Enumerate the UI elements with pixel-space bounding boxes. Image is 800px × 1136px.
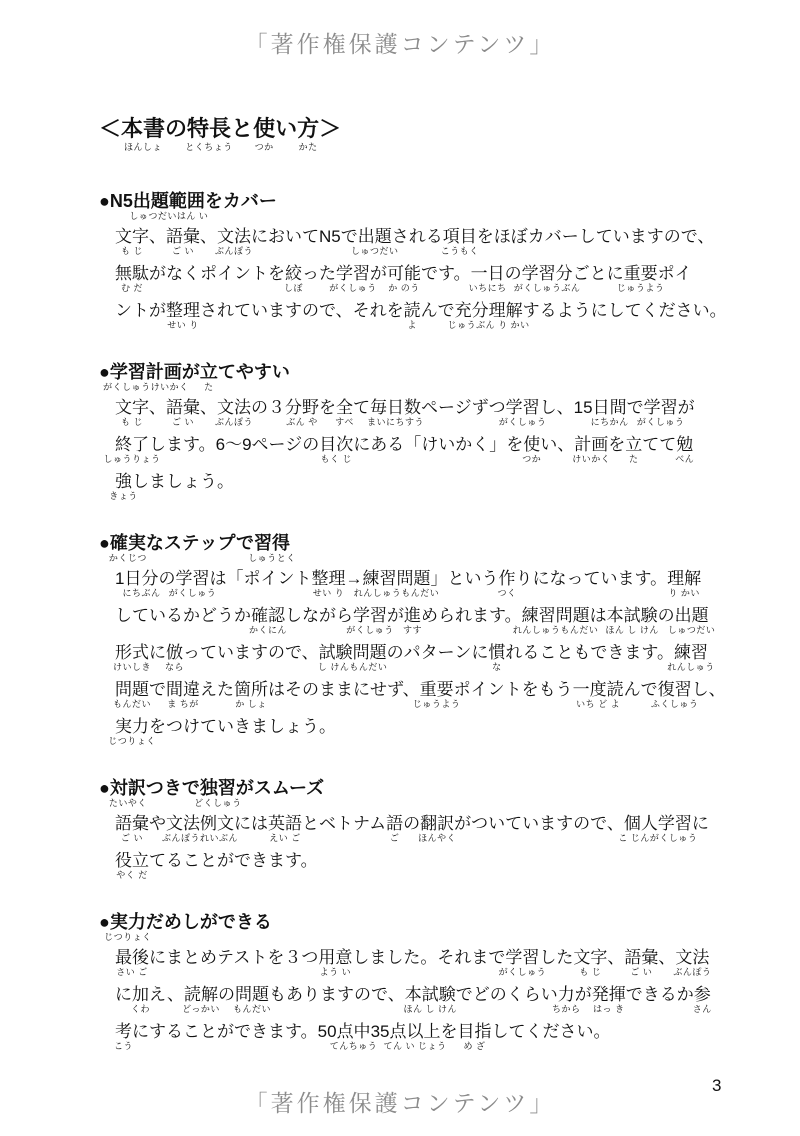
base-text: 試験問題 [319, 643, 387, 662]
base-text: 全 [336, 398, 353, 417]
furigana: きょう [109, 492, 138, 501]
section: ●N5出題範囲しゅつだいはん いをカバー文字も じ、語彙ご い、文法ぶんぽうにお… [99, 190, 750, 331]
furigana: れんしゅうもんだい [354, 589, 440, 598]
text-with-furigana: 間違ま ちが [166, 678, 200, 701]
furigana: しゅつだい [351, 247, 399, 256]
furigana: かた [299, 143, 318, 152]
text-run: できるか [626, 983, 694, 1006]
text-run: の [158, 567, 175, 590]
base-text: 出題範囲 [133, 191, 205, 211]
text-run: だめしができる [146, 911, 272, 933]
furigana: な [492, 663, 502, 672]
text-run: っていますので、 [183, 641, 319, 664]
base-text: しながら [285, 606, 353, 625]
base-text: 文法 [217, 398, 251, 417]
furigana: くわ [131, 1005, 150, 1014]
text-with-furigana: 独習どくしゅう [200, 777, 236, 799]
base-text: の [658, 606, 675, 625]
furigana: がくしゅうぶん [514, 284, 581, 293]
furigana: がくしゅう [329, 284, 377, 293]
body-line: 実力じつりょくをつけていきましょう。 [115, 715, 750, 747]
text-run: が [370, 262, 387, 285]
furigana: もんだい [233, 1005, 271, 1014]
base-text: 加 [132, 985, 149, 1004]
base-text: ●N5 [99, 191, 133, 211]
base-text: 、 [200, 227, 217, 246]
text-run: ● [99, 777, 110, 799]
sections: ●N5出題範囲しゅつだいはん いをカバー文字も じ、語彙ご い、文法ぶんぽうにお… [99, 190, 750, 1082]
text-run: にまとめテストを３つ [149, 946, 318, 969]
text-run: がなくポイントを [149, 262, 285, 285]
base-text: においてN5で [251, 227, 358, 246]
text-with-furigana: 目指め ざ [457, 1020, 491, 1043]
furigana: がくしゅう [169, 589, 217, 598]
text-with-furigana: 慣な [488, 641, 505, 664]
base-text: 文法 [675, 948, 709, 967]
text-run: に [692, 812, 709, 835]
text-with-furigana: 可能か のう [387, 262, 421, 285]
furigana: えい ご [269, 834, 301, 843]
furigana: か のう [388, 284, 420, 293]
section-heading: ●N5出題範囲しゅつだいはん いをカバー [99, 190, 750, 222]
furigana: けいしき [113, 663, 151, 672]
text-with-furigana: 目次もく じ [319, 433, 353, 456]
base-text: 慣 [488, 643, 505, 662]
text-run: 、 [149, 225, 166, 248]
base-text: 力 [558, 985, 575, 1004]
body-line: ントが整理せい りされていますので、それを読よんで充分理解じゅうぶん り かいす… [115, 299, 750, 331]
text-run: しているかどうか [115, 604, 251, 627]
furigana: り かい [668, 589, 700, 598]
base-text: 実力 [115, 717, 149, 736]
furigana: なら [165, 663, 184, 672]
text-with-furigana: 問題もんだい [235, 983, 269, 1006]
text-run: てやすい [218, 361, 290, 383]
text-run: が [182, 361, 200, 383]
page-number: 3 [712, 1076, 721, 1096]
base-text: し、15 [540, 398, 593, 417]
text-run: にある「けいかく」を [353, 433, 523, 456]
text-with-furigana: 本書ほんしょ [121, 116, 165, 142]
base-text: 考 [115, 1022, 132, 1041]
furigana: すす [403, 626, 422, 635]
furigana: じゅうよう [413, 700, 461, 709]
base-text: 勉 [676, 435, 693, 454]
base-text: れることもできます。 [505, 643, 674, 662]
text-with-furigana: 計画けいかく [574, 433, 608, 456]
base-text: 学習計画 [110, 362, 182, 382]
text-with-furigana: 練習問題れんしゅうもんだい [522, 604, 590, 627]
base-text: 学習 [336, 264, 370, 283]
base-text: 文字 [115, 398, 149, 417]
text-run: て [353, 396, 370, 419]
text-with-furigana: 整理せい り [311, 567, 345, 590]
furigana: しぼ [284, 284, 303, 293]
text-run: にすることができます。50 [132, 1020, 337, 1043]
base-text: とベトナム [302, 814, 386, 833]
base-text: をほぼカバーしていますので、 [477, 227, 715, 246]
text-with-furigana: 出題範囲しゅつだいはん い [133, 190, 205, 212]
text-run: ● [99, 911, 110, 933]
base-text: ● [99, 362, 110, 382]
text-with-furigana: 翻訳ほんやく [420, 812, 454, 835]
base-text: 1 [115, 569, 124, 588]
furigana: た [204, 383, 214, 392]
base-text: んで [624, 680, 658, 699]
section: ●確実かくじつなステップで習得しゅうとく1日分にちぶんの学習がくしゅうは「ポイン… [99, 532, 750, 747]
text-with-furigana: 強きょう [115, 470, 132, 493]
base-text: った [302, 264, 336, 283]
furigana: ほん し けん [605, 626, 659, 635]
base-text: は「ポイント [209, 569, 311, 588]
body-line: 役立やく だてることができます。 [115, 849, 750, 881]
text-with-furigana: 文法ぶんぽう [217, 396, 251, 419]
base-text: 倣 [166, 643, 183, 662]
text-run: しながら [285, 604, 353, 627]
text-with-furigana: 試験問題し けんもんだい [319, 641, 387, 664]
base-text: 終了 [115, 435, 149, 454]
base-text: が [370, 264, 387, 283]
furigana: も じ [121, 247, 143, 256]
furigana: しゅつだいはん い [129, 212, 208, 221]
base-text: ごとに [573, 264, 624, 283]
furigana: いち ど よ [576, 700, 620, 709]
furigana: よ [407, 321, 417, 330]
furigana: かくじつ [109, 554, 147, 563]
base-text: 、 [658, 948, 675, 967]
base-text: 絞 [285, 264, 302, 283]
text-with-furigana: 使つか [523, 433, 540, 456]
section-heading: ●学習計画がくしゅうけいかくが立たてやすい [99, 361, 750, 393]
base-text: で [149, 680, 166, 699]
base-text: 学習 [175, 569, 209, 588]
base-text: 分野 [285, 398, 319, 417]
text-with-furigana: 語彙ご い [624, 946, 658, 969]
base-text: 個人学習 [624, 814, 692, 833]
base-text: が [575, 985, 592, 1004]
body-line: 終了しゅうりょうします。6〜9ページの目次もく じにある「けいかく」を使つかい、… [115, 433, 750, 465]
text-run: するようにしてください。 [523, 299, 727, 322]
text-with-furigana: 練習れんしゅう [674, 641, 708, 664]
furigana: かくにん [249, 626, 287, 635]
text-run: もありますので、 [269, 983, 405, 1006]
furigana: ぶん や [286, 418, 318, 427]
text-run: ＜ [99, 116, 121, 142]
base-text: しましょう。 [132, 472, 234, 491]
furigana: た [629, 455, 639, 464]
text-run: されていますので、それを [200, 299, 404, 322]
base-text: 確認 [251, 606, 285, 625]
base-text: がついていますので、 [454, 814, 624, 833]
body-line: 強きょうしましょう。 [115, 470, 750, 502]
base-text: 復習 [658, 680, 692, 699]
text-run: を [608, 433, 625, 456]
text-run: の [658, 604, 675, 627]
base-text: した [539, 948, 573, 967]
furigana: ほん し けん [403, 1005, 457, 1014]
base-text: 確実 [110, 533, 146, 553]
section: ●実力じつりょくだめしができる最後さい ごにまとめテストを３つ用意よう いしまし… [99, 911, 750, 1052]
text-run: れることもできます。 [505, 641, 674, 664]
body-line: 1日分にちぶんの学習がくしゅうは「ポイント整理せい り→練習問題れんしゅうもんだ… [115, 567, 750, 599]
furigana: にちかん [591, 418, 629, 427]
base-text: 強 [115, 472, 132, 491]
text-with-furigana: 発揮はっ き [592, 983, 626, 1006]
text-run: い、 [540, 433, 574, 456]
base-text: と [231, 116, 253, 141]
base-text: 一日 [471, 264, 505, 283]
base-text: 」という [430, 569, 498, 588]
base-text: え、 [149, 985, 184, 1004]
base-text: っていますので、 [183, 643, 319, 662]
text-run: が [575, 983, 592, 1006]
furigana: しゅうりょう [103, 455, 160, 464]
text-with-furigana: 学習計画がくしゅうけいかく [110, 361, 182, 383]
furigana: とくちょう [185, 143, 233, 152]
base-text: 語彙 [115, 814, 149, 833]
text-with-furigana: 作つく [498, 567, 515, 590]
text-run: 、 [149, 396, 166, 419]
text-run: はそのままにせず、 [268, 678, 420, 701]
base-text: 、 [149, 227, 166, 246]
furigana: がくしゅうけいかく [103, 383, 189, 392]
text-run: てて [642, 433, 676, 456]
furigana: どっかい [182, 1005, 220, 1014]
base-text: 使 [523, 435, 540, 454]
base-text: 学習 [353, 606, 387, 625]
base-text: 語 [386, 814, 403, 833]
base-text: 項目 [443, 227, 477, 246]
text-run: とベトナム [302, 812, 386, 835]
base-text: 目指 [457, 1022, 491, 1041]
body-line: に加くわえ、読解どっかいの問題もんだいもありますので、本試験ほん し けんでどの… [115, 983, 750, 1015]
base-text: 練習 [674, 643, 708, 662]
text-with-furigana: 参さん [694, 983, 711, 1006]
base-text: される [392, 227, 443, 246]
base-text: 英語 [268, 814, 302, 833]
text-run: してください。 [491, 1020, 610, 1043]
text-with-furigana: 立た [200, 361, 218, 383]
text-with-furigana: 整理せい り [166, 299, 200, 322]
body-line: 語彙ご いや文法例文ぶんぽうれいぶんには英語えい ごとベトナム語ごの翻訳ほんやく… [115, 812, 750, 844]
text-with-furigana: 最後さい ご [115, 946, 149, 969]
text-run: でどのくらい [456, 983, 558, 1006]
text-with-furigana: 学習がくしゅう [644, 396, 678, 419]
base-text: て [353, 398, 370, 417]
text-run: しましょう。 [132, 470, 234, 493]
base-text: 日間 [593, 398, 627, 417]
text-run: 35 [371, 1020, 390, 1043]
base-text: てることができます。 [149, 851, 318, 870]
base-text: をつけていきましょう。 [149, 717, 336, 736]
text-with-furigana: 習得しゅうとく [254, 532, 290, 554]
base-text: がスムーズ [236, 778, 324, 798]
text-run: をカバー [205, 190, 277, 212]
base-text: 読解 [184, 985, 218, 1004]
text-run: には [234, 812, 268, 835]
section-heading: ●対訳たいやくつきで独習どくしゅうがスムーズ [99, 777, 750, 809]
base-text: 、 [149, 398, 166, 417]
text-run: 、 [200, 396, 217, 419]
base-text: ントが [115, 301, 166, 320]
text-with-furigana: 毎日数まいにちすう [370, 396, 421, 419]
base-text: 本書 [121, 116, 165, 141]
base-text: えた [200, 680, 234, 699]
text-run: ＞ [319, 116, 341, 142]
text-run: えた [200, 678, 234, 701]
text-run: がついていますので、 [454, 812, 624, 835]
text-run: の [505, 262, 522, 285]
furigana: ま ちが [167, 700, 199, 709]
text-with-furigana: 対訳たいやく [110, 777, 146, 799]
base-text: で [627, 398, 644, 417]
base-text: 練習問題 [362, 569, 430, 588]
header-copyright-watermark: 「著作権保護コンテンツ」 [0, 26, 800, 59]
furigana: ちから [552, 1005, 581, 1014]
furigana: じゅうぶん り かい [448, 321, 530, 330]
text-run: がスムーズ [236, 777, 324, 799]
text-with-furigana: 進すす [404, 604, 421, 627]
furigana: どくしゅう [194, 799, 242, 808]
base-text: の [505, 264, 522, 283]
furigana: ご い [630, 968, 652, 977]
furigana: こうもく [441, 247, 479, 256]
base-text: 学習 [505, 948, 539, 967]
text-with-furigana: 点以上てん い じょう [389, 1020, 440, 1043]
furigana: れんしゅう [667, 663, 715, 672]
base-text: 無駄 [115, 264, 149, 283]
text-with-furigana: 学習がくしゅう [353, 604, 387, 627]
text-run: ポイントをもう [454, 678, 573, 701]
furigana: ぶんぽうれいぶん [162, 834, 238, 843]
base-text: です。 [421, 264, 471, 283]
furigana: め ざ [463, 1042, 485, 1051]
text-with-furigana: 無駄む だ [115, 262, 149, 285]
text-with-furigana: 分野ぶん や [285, 396, 319, 419]
base-text: 本試験 [607, 606, 658, 625]
text-run: した [539, 946, 573, 969]
base-text: 本試験 [405, 985, 456, 1004]
text-run: んで [421, 299, 455, 322]
furigana: てん い じょう [383, 1042, 446, 1051]
body-line: 無駄む だがなくポイントを絞しぼった学習がくしゅうが可能か のうです。一日いちに… [115, 262, 750, 294]
furigana: がくしゅう [346, 626, 394, 635]
section-body: 語彙ご いや文法例文ぶんぽうれいぶんには英語えい ごとベトナム語ごの翻訳ほんやく… [115, 812, 750, 881]
text-with-furigana: 日間にちかん [593, 396, 627, 419]
text-run: で [149, 678, 166, 701]
text-run: ポイ [658, 262, 692, 285]
text-run: 、 [200, 225, 217, 248]
text-run: の３ [251, 396, 285, 419]
body-line: 問題もんだいで間違ま ちがえた箇所か しょはそのままにせず、重要じゅうようポイン… [115, 678, 750, 710]
furigana: ご [390, 834, 400, 843]
text-with-furigana: 学習がくしゅう [506, 396, 540, 419]
base-text: のパターンに [387, 643, 489, 662]
base-text: 問題 [235, 985, 269, 1004]
text-with-furigana: 文法ぶんぽう [675, 946, 709, 969]
text-with-furigana: 学習がくしゅう [175, 567, 209, 590]
furigana: てんちゅう [330, 1042, 378, 1051]
base-text: がなくポイントを [149, 264, 285, 283]
text-run: をつけていきましょう。 [149, 715, 336, 738]
text-run: を [440, 1020, 457, 1043]
base-text: 理解 [667, 569, 701, 588]
furigana: ふくしゅう [651, 700, 699, 709]
base-text: 重要 [420, 680, 454, 699]
text-with-furigana: 全すべ [336, 396, 353, 419]
text-with-furigana: 文字も じ [573, 946, 607, 969]
base-text: はそのままにせず、 [268, 680, 420, 699]
base-text: 進 [404, 606, 421, 625]
furigana: べん [675, 455, 694, 464]
furigana: ご い [172, 418, 194, 427]
body-line: しているかどうか確認かくにんしながら学習がくしゅうが進すすめられます。練習問題れ… [115, 604, 750, 636]
base-text: は [590, 606, 607, 625]
base-text: 点中 [337, 1022, 371, 1041]
base-text: 文法 [217, 227, 251, 246]
furigana: ぶんぽう [215, 247, 253, 256]
text-with-furigana: 文字も じ [115, 396, 149, 419]
furigana: はっ き [593, 1005, 625, 1014]
text-run: 、 [658, 946, 675, 969]
base-text: 学習 [506, 398, 540, 417]
base-text: が [182, 362, 200, 382]
text-run: や [149, 812, 166, 835]
base-text: だめしができる [146, 912, 272, 932]
base-text: できるか [626, 985, 694, 1004]
text-run: は「ポイント [209, 567, 311, 590]
base-text: を [608, 435, 625, 454]
furigana: さい ご [116, 968, 148, 977]
base-text: の [218, 985, 235, 1004]
base-text: してください。 [491, 1022, 610, 1041]
base-text: に [692, 814, 709, 833]
base-text: りになっています。 [515, 569, 667, 588]
base-text: 対訳 [110, 778, 146, 798]
base-text: 整理 [311, 569, 345, 588]
base-text: には [234, 814, 268, 833]
text-with-furigana: 用意よう い [318, 946, 352, 969]
base-text: でどのくらい [456, 985, 558, 1004]
text-run: ントが [115, 299, 166, 322]
text-with-furigana: 実力じつりょく [115, 715, 149, 738]
furigana: つか [522, 455, 541, 464]
section-body: 文字も じ、語彙ご い、文法ぶんぽうにおいてN5で出題しゅつだいされる項目こうも… [115, 225, 750, 331]
furigana: もく じ [320, 455, 352, 464]
base-text: 可能 [387, 264, 421, 283]
text-run: の [165, 116, 187, 142]
text-with-furigana: 加くわ [132, 983, 149, 1006]
furigana: じゅうよう [617, 284, 665, 293]
furigana: がくしゅう [499, 968, 547, 977]
base-text: にすることができます。50 [132, 1022, 337, 1041]
text-with-furigana: 点中てんちゅう [337, 1020, 371, 1043]
text-run: ● [99, 532, 110, 554]
section-body: 最後さい ごにまとめテストを３つ用意よう いしました。それまで学習がくしゅうした… [115, 946, 750, 1052]
furigana: こう [114, 1042, 133, 1051]
text-with-furigana: 一日いちにち [471, 262, 505, 285]
base-text: が [387, 606, 404, 625]
furigana: ぶんぽう [215, 418, 253, 427]
base-text: 計画 [574, 435, 608, 454]
text-with-furigana: 日分にちぶん [124, 567, 158, 590]
furigana: まいにちすう [367, 418, 424, 427]
base-text: の３ [251, 398, 285, 417]
text-with-furigana: 箇所か しょ [234, 678, 268, 701]
text-run: においてN5で [251, 225, 358, 248]
base-text: 問題 [115, 680, 149, 699]
base-text: 翻訳 [420, 814, 454, 833]
